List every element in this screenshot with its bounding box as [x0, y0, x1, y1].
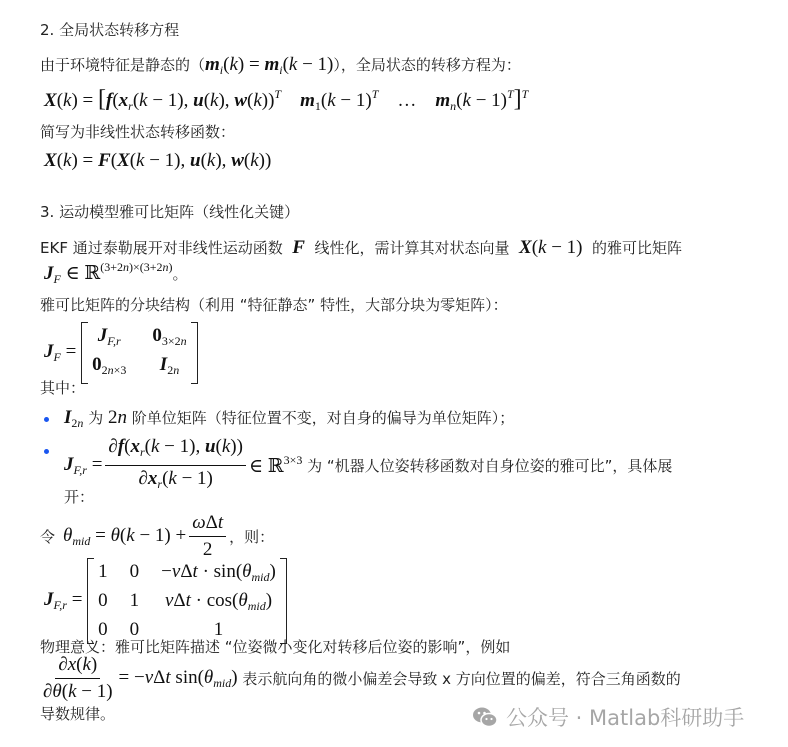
p1-text-c: 的雅可比矩阵 — [592, 239, 682, 257]
omega-fraction: ωΔt 2 — [189, 512, 226, 561]
bullet-text-a: 为 — [88, 409, 103, 427]
section-3-heading: 3. 运动模型雅可比矩阵（线性化关键） — [40, 202, 299, 222]
intro-text-before: 由于环境特征是静态的（ — [40, 56, 205, 74]
equation-short-form: X(k) = F(X(k − 1), u(k), w(k)) — [44, 150, 271, 172]
bullet-dot — [44, 417, 49, 422]
jfr-matrix: JF,r = 10−vΔt · sin(θmid) 01vΔt · cos(θm… — [44, 558, 287, 644]
jfr-fraction: ∂f(xr(k − 1), u(k)) ∂xr(k − 1) — [105, 436, 246, 495]
block-structure-label: 雅可比矩阵的分块结构（利用 “特征静态” 特性，大部分块为零矩阵）： — [40, 295, 508, 315]
example-continuation: 导数规律。 — [40, 704, 115, 724]
wechat-icon — [472, 706, 498, 733]
watermark-text: 公众号 · Matlab科研助手 — [506, 706, 744, 730]
math-2n: 2n — [108, 407, 127, 428]
short-form-label: 简写为非线性状态转移函数： — [40, 122, 235, 142]
theta-lhs: θmid = θ(k − 1) + — [63, 525, 186, 549]
equation-global-transition: X(k) = [f(xr(k − 1), u(k), w(k))T m1(k −… — [44, 86, 528, 114]
intro-math: mi(k) = mi(k − 1) — [205, 54, 333, 75]
ekf-paragraph-line1: EKF 通过泰勒展开对非线性运动函数 F 线性化，需计算其对状态向量 X(k −… — [40, 238, 682, 258]
math-X-k-1: X(k − 1) — [514, 237, 587, 258]
heading-text: 3. 运动模型雅可比矩阵（线性化关键） — [40, 203, 299, 221]
matrix-brackets: JF,r 03×2n 02n×3 I2n — [81, 322, 198, 384]
p1-end: 。 — [173, 267, 188, 283]
where-label: 其中： — [40, 378, 85, 398]
p1-text-a: EKF 通过泰勒展开对非线性运动函数 — [40, 239, 283, 257]
example-text-cont: 导数规律。 — [40, 705, 115, 723]
let-label: 令 — [40, 527, 55, 547]
matrix-brackets: 10−vΔt · sin(θmid) 01vΔt · cos(θmid) 001 — [87, 558, 287, 644]
section-2-heading: 2. 全局状态转移方程 — [40, 20, 179, 40]
heading-text: 2. 全局状态转移方程 — [40, 21, 179, 39]
math-F: F — [288, 237, 310, 258]
math-r3x3: ∈ ℝ3×3 — [249, 453, 307, 478]
intro-text-after: ），全局状态的转移方程为： — [333, 56, 521, 74]
bullet-text-b: 阶单位矩阵（特征位置不变，对自身的偏导为单位矩阵）； — [132, 409, 515, 427]
derivative-fraction: ∂x(k) ∂θ(k − 1) — [40, 654, 116, 703]
bullet-item-jfr: JF,r = ∂f(xr(k − 1), u(k)) ∂xr(k − 1) ∈ … — [64, 436, 672, 495]
math-jfr-lhs: JF,r = — [64, 454, 102, 478]
derivative-example: ∂x(k) ∂θ(k − 1) = −vΔt sin(θmid) 表示航向角的微… — [40, 654, 681, 703]
block-label-text: 雅可比矩阵的分块结构（利用 “特征静态” 特性，大部分块为零矩阵）： — [40, 296, 508, 314]
bullet-continuation: 开： — [64, 487, 94, 507]
jf-block-matrix: JF = JF,r 03×2n 02n×3 I2n — [44, 322, 198, 384]
bullet-text-cont: 开： — [64, 488, 94, 506]
p1-text-b: 线性化，需计算其对状态向量 — [314, 239, 509, 257]
then-label: ，则： — [229, 527, 274, 547]
short-form-text: 简写为非线性状态转移函数： — [40, 123, 235, 141]
section-2-intro: 由于环境特征是静态的（mi(k) = mi(k − 1)），全局状态的转移方程为… — [40, 55, 521, 80]
theta-mid-definition: 令 θmid = θ(k − 1) + ωΔt 2 ，则： — [40, 512, 274, 561]
bullet-dot — [44, 449, 49, 454]
bullet-text: 为 “机器人位姿转移函数对自身位姿的雅可比”，具体展 — [307, 456, 672, 476]
derivative-rhs: = −vΔt sin(θmid) — [119, 667, 243, 691]
math-I2n: I2n — [64, 407, 83, 428]
where-text: 其中： — [40, 379, 85, 397]
bullet-item-identity: I2n 为 2n 阶单位矩阵（特征位置不变，对自身的偏导为单位矩阵）； — [64, 408, 514, 433]
watermark: 公众号 · Matlab科研助手 — [472, 702, 744, 733]
example-text: 表示航向角的微小偏差会导致 x 方向位置的偏差，符合三角函数的 — [242, 669, 680, 689]
jacobian-dimension: JF ∈ ℝ(3+2n)×(3+2n)。 — [44, 260, 188, 287]
